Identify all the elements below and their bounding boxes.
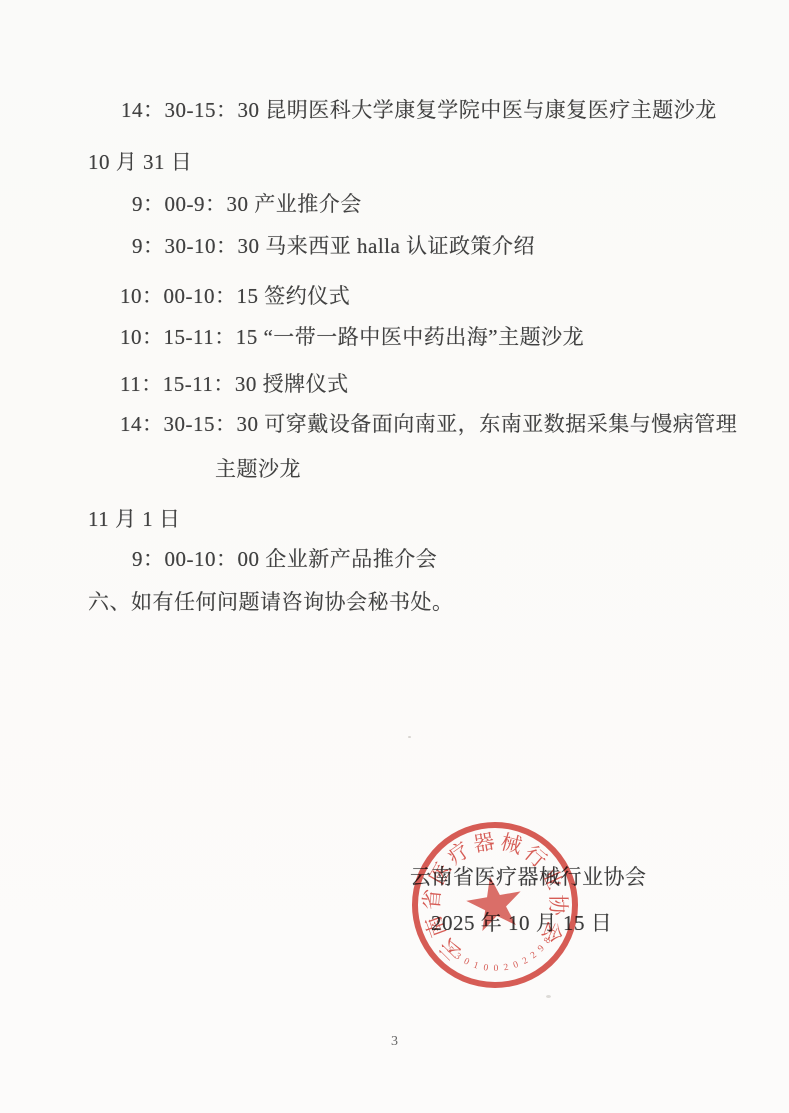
seal-star-icon bbox=[463, 872, 526, 933]
svg-text:1: 1 bbox=[472, 961, 480, 972]
schedule-line-continuation: 主题沙龙 bbox=[215, 453, 301, 483]
schedule-line: 14：30-15：30 昆明医科大学康复学院中医与康复医疗主题沙龙 bbox=[121, 94, 717, 124]
closing-note: 六、如有任何问题请咨询协会秘书处。 bbox=[88, 586, 454, 616]
page-number: 3 bbox=[0, 1034, 789, 1050]
svg-text:2: 2 bbox=[503, 963, 510, 974]
svg-text:省: 省 bbox=[419, 888, 445, 911]
schedule-line: 10：15-11：15 “一带一路中医中药出海”主题沙龙 bbox=[120, 321, 584, 351]
date-heading-nov-1: 11 月 1 日 bbox=[88, 503, 180, 533]
date-heading-oct-31: 10 月 31 日 bbox=[88, 146, 192, 176]
document-page: 14：30-15：30 昆明医科大学康复学院中医与康复医疗主题沙龙 10 月 3… bbox=[0, 0, 789, 1113]
schedule-line: 14：30-15：30 可穿戴设备面向南亚，东南亚数据采集与慢病管理 bbox=[120, 408, 737, 438]
schedule-line: 11：15-11：30 授牌仪式 bbox=[120, 368, 349, 398]
svg-text:器: 器 bbox=[472, 829, 497, 856]
svg-text:9: 9 bbox=[536, 944, 547, 954]
schedule-line: 9：30-10：30 马来西亚 halla 认证政策介绍 bbox=[132, 230, 535, 260]
svg-text:0: 0 bbox=[493, 964, 498, 974]
svg-text:0: 0 bbox=[512, 960, 520, 971]
svg-text:0: 0 bbox=[462, 957, 471, 968]
svg-text:械: 械 bbox=[498, 830, 524, 859]
schedule-line: 9：00-9：30 产业推介会 bbox=[132, 188, 362, 218]
official-seal-stamp: 云南省医疗器械行业协会 5301002022985 bbox=[404, 814, 586, 996]
svg-text:2: 2 bbox=[529, 950, 539, 961]
schedule-line: 10：00-10：15 签约仪式 bbox=[120, 280, 350, 310]
scan-speck bbox=[408, 736, 411, 738]
svg-text:0: 0 bbox=[483, 963, 489, 974]
schedule-line: 9：00-10：00 企业新产品推介会 bbox=[132, 543, 437, 573]
scan-speck bbox=[546, 995, 551, 998]
svg-text:2: 2 bbox=[521, 956, 530, 967]
svg-text:协: 协 bbox=[546, 895, 570, 917]
svg-text:南: 南 bbox=[421, 913, 451, 941]
